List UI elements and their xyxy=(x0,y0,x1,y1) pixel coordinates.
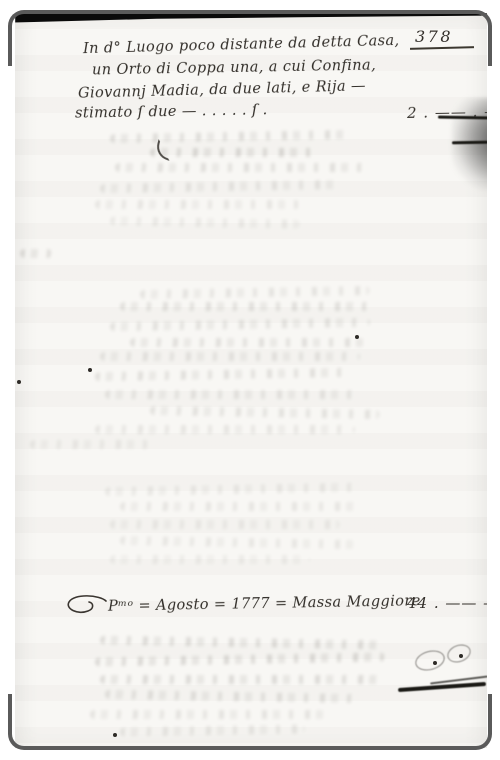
faded-text-line xyxy=(150,406,380,419)
manuscript-page: 378 In d° Luogo poco distante da detta C… xyxy=(15,13,487,748)
entry-bottom-text: Pᵐᵒ = Agosto = 1777 = Massa Maggiore xyxy=(108,593,421,614)
faded-text-line xyxy=(150,148,320,157)
faded-text-line xyxy=(130,338,365,347)
faded-text-line xyxy=(120,502,360,511)
ink-speck xyxy=(459,654,463,658)
scribble-heavy-stroke xyxy=(398,682,486,692)
faded-text-line xyxy=(30,440,150,449)
faded-text-line xyxy=(110,318,370,332)
ink-speck xyxy=(17,380,21,384)
faded-text-line xyxy=(110,520,340,529)
ink-speck xyxy=(355,335,359,339)
faded-text-line xyxy=(95,652,385,666)
entry-bottom-value: 44 . —— —— xyxy=(407,594,487,612)
faded-text-line xyxy=(100,180,340,193)
ink-speck xyxy=(433,661,437,665)
entry-top-line-4: stimato ſ due — . . . . . ſ . xyxy=(75,102,268,121)
faded-text-line xyxy=(105,390,360,399)
faded-text-line xyxy=(110,216,300,228)
faded-text-line xyxy=(95,425,355,434)
frame-top-bracket xyxy=(8,10,492,66)
faded-text-line xyxy=(115,163,365,172)
entry-top-line-3: Giovannj Madia, da due lati, e Rija — xyxy=(78,78,366,102)
ink-speck xyxy=(88,368,92,372)
faded-text-line xyxy=(120,302,375,311)
faded-text-line xyxy=(110,130,350,143)
faded-text-line xyxy=(100,352,360,361)
scribble-loop xyxy=(413,647,447,673)
scanned-document-view: 378 In d° Luogo poco distante da detta C… xyxy=(0,0,500,760)
ink-curl-mark xyxy=(154,139,174,161)
faded-margin-dash xyxy=(20,249,52,258)
faded-text-line xyxy=(100,636,380,650)
flourish-mark xyxy=(64,593,108,619)
faded-text-line xyxy=(95,368,350,381)
faded-text-line xyxy=(100,675,380,684)
faded-text-line xyxy=(140,286,370,299)
faded-text-line xyxy=(110,555,310,564)
faded-text-line xyxy=(105,483,355,496)
ink-stroke xyxy=(452,141,487,145)
frame-bottom-bracket xyxy=(8,694,492,750)
faded-text-line xyxy=(95,200,300,209)
faded-text-line xyxy=(120,536,355,549)
